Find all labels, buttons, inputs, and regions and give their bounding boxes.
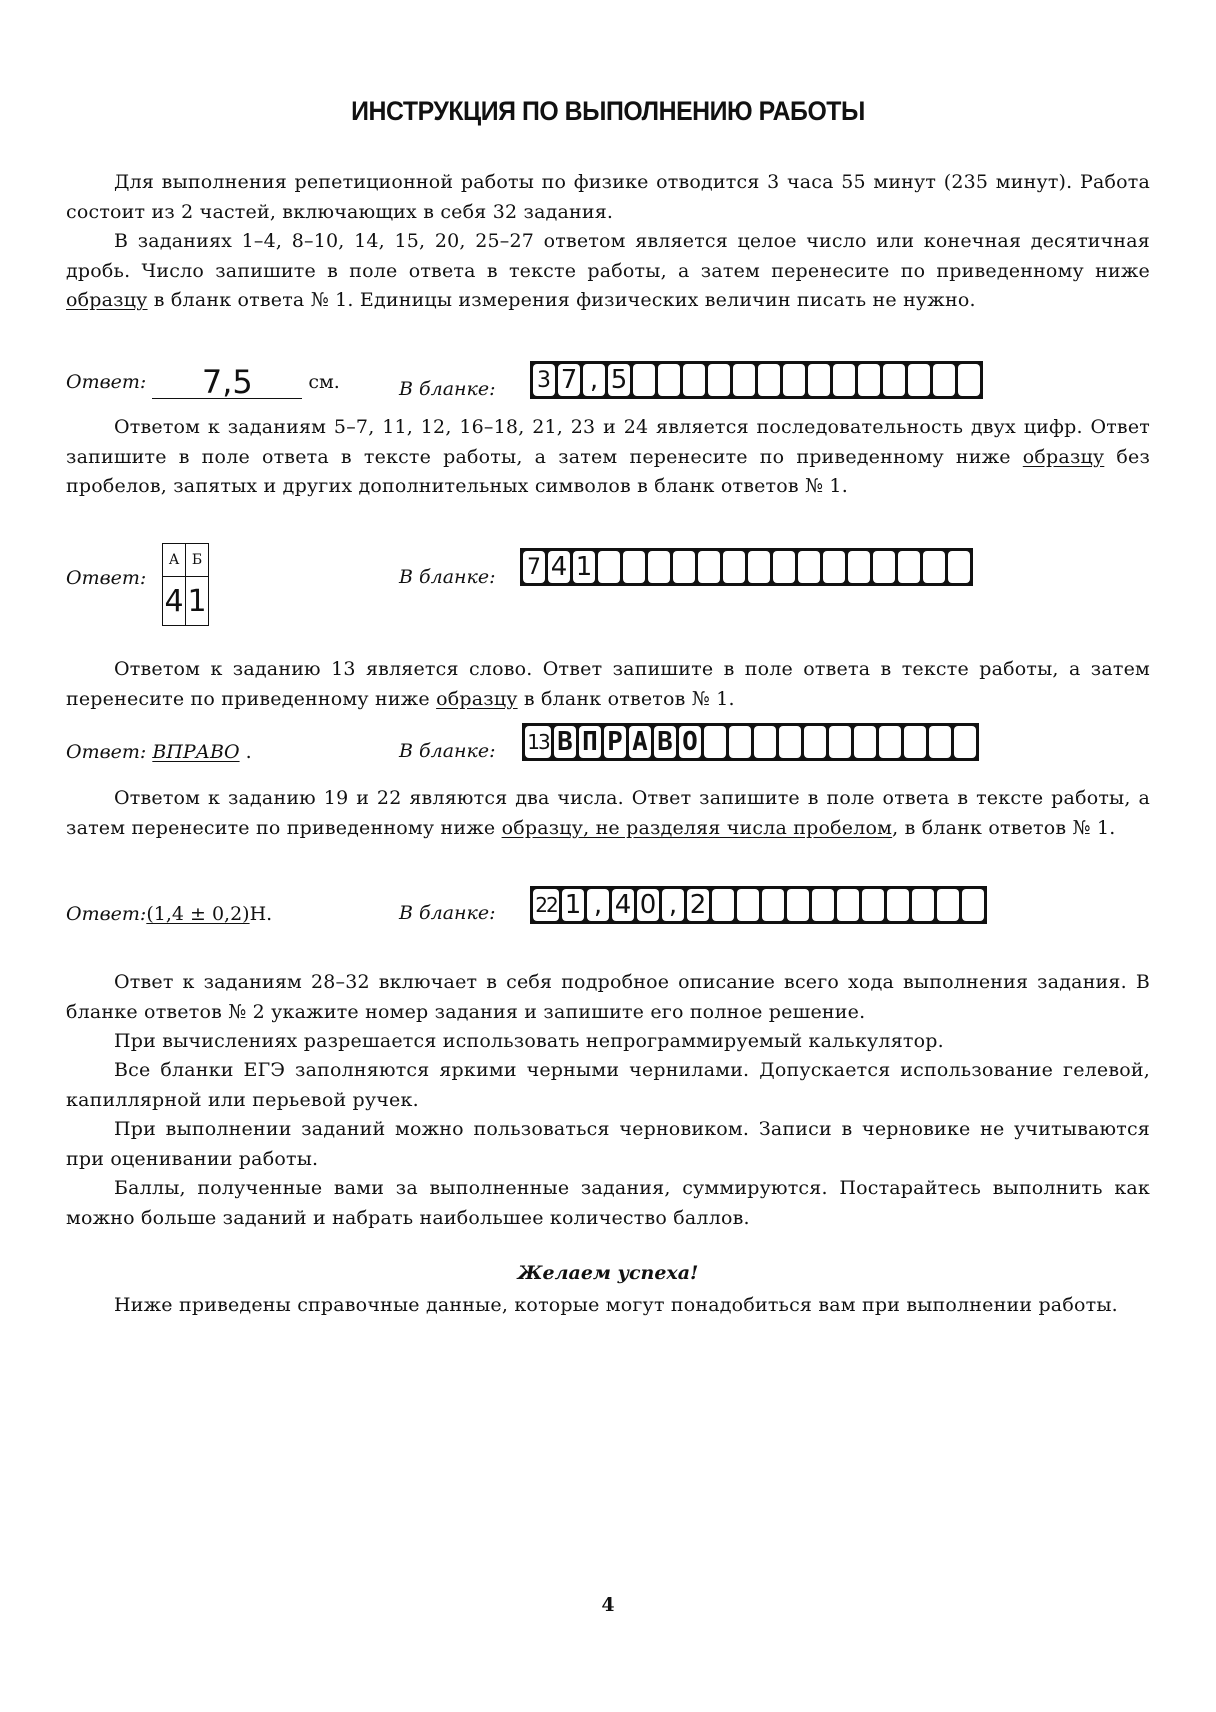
grid-cell <box>623 551 645 583</box>
answer-grid-4: 221,40,2 <box>530 886 987 924</box>
grid-cell <box>729 726 751 758</box>
in-blank-label: В бланке: <box>399 378 496 400</box>
grid-cell: 5 <box>608 364 630 396</box>
sample-link: образцу <box>1023 446 1105 468</box>
grid-cell <box>648 551 670 583</box>
answer-grid-3: 13ВПРАВО <box>522 723 979 761</box>
grid-cell <box>783 364 805 396</box>
text: в бланк ответа № 1. Единицы измерения фи… <box>148 289 976 311</box>
grid-cell <box>873 551 895 583</box>
grid-cell <box>658 364 680 396</box>
grid-cell: А <box>629 726 651 758</box>
grid-cell <box>858 364 880 396</box>
paragraph-scores: Баллы, полученные вами за выполненные за… <box>66 1174 1150 1233</box>
paragraph-sequence-answers: Ответом к заданиям 5–7, 11, 12, 16–18, 2… <box>66 413 1150 502</box>
grid-cell: 1 <box>573 551 595 583</box>
grid-cell <box>962 889 984 921</box>
grid-cell <box>923 551 945 583</box>
grid-cell <box>787 889 809 921</box>
page-title: ИНСТРУКЦИЯ ПО ВЫПОЛНЕНИЮ РАБОТЫ <box>49 96 1168 127</box>
grid-cell: 7 <box>523 551 545 583</box>
good-luck-heading: Желаем успеха! <box>0 1262 1216 1284</box>
text: Ответом к заданиям 5–7, 11, 12, 16–18, 2… <box>66 416 1150 468</box>
grid-cell: В <box>554 726 576 758</box>
in-blank-label: В бланке: <box>399 740 496 762</box>
grid-cell <box>912 889 934 921</box>
grid-cell <box>758 364 780 396</box>
paragraph-duration: Для выполнения репетиционной работы по ф… <box>66 168 1150 227</box>
grid-cell: , <box>662 889 684 921</box>
grid-cell: 2 <box>687 889 709 921</box>
text: в бланк ответов № 1. <box>518 688 735 710</box>
grid-cell <box>883 364 905 396</box>
grid-cell: 22 <box>533 889 559 921</box>
grid-cell <box>704 726 726 758</box>
in-blank-label: В бланке: <box>399 902 496 924</box>
grid-cell <box>833 364 855 396</box>
grid-cell <box>937 889 959 921</box>
grid-cell <box>854 726 876 758</box>
answer-value: 7,5 <box>152 366 302 399</box>
grid-cell: П <box>579 726 601 758</box>
answer-label: Ответ: <box>66 567 146 589</box>
grid-cell <box>762 889 784 921</box>
paragraph-calculator: При вычислениях разрешается использовать… <box>66 1027 1150 1057</box>
answer-value: ВПРАВО <box>152 741 239 763</box>
paragraph-numeric-answers: В заданиях 1–4, 8–10, 14, 15, 20, 25–27 … <box>66 227 1150 316</box>
answer-label: Ответ: <box>66 371 146 393</box>
grid-cell: 4 <box>612 889 634 921</box>
grid-cell <box>812 889 834 921</box>
grid-cell: 13 <box>525 726 551 758</box>
grid-cell: 0 <box>637 889 659 921</box>
grid-cell <box>862 889 884 921</box>
grid-cell <box>898 551 920 583</box>
paragraph-ink: Все бланки ЕГЭ заполняются яркими черным… <box>66 1056 1150 1115</box>
grid-cell: 7 <box>558 364 580 396</box>
instruction-page: ИНСТРУКЦИЯ ПО ВЫПОЛНЕНИЮ РАБОТЫ Для выпо… <box>0 0 1216 1712</box>
grid-cell <box>823 551 845 583</box>
grid-cell: В <box>654 726 676 758</box>
grid-cell <box>808 364 830 396</box>
grid-cell <box>598 551 620 583</box>
grid-cell <box>779 726 801 758</box>
grid-cell <box>698 551 720 583</box>
grid-cell <box>929 726 951 758</box>
column-a-value: 4 <box>163 577 186 626</box>
grid-cell: Р <box>604 726 626 758</box>
paragraph-detailed-answers: Ответ к заданиям 28–32 включает в себя п… <box>66 968 1150 1027</box>
grid-cell <box>733 364 755 396</box>
grid-cell <box>848 551 870 583</box>
page-number: 4 <box>0 1594 1216 1616</box>
text: В заданиях 1–4, 8–10, 14, 15, 20, 25–27 … <box>66 230 1150 282</box>
grid-cell: 4 <box>548 551 570 583</box>
answer-label: Ответ: <box>66 741 146 763</box>
in-blank-label: В бланке: <box>399 566 496 588</box>
example-3-answer: Ответ: ВПРАВО . <box>66 730 252 774</box>
grid-cell <box>633 364 655 396</box>
grid-cell <box>673 551 695 583</box>
example-1-answer: Ответ: 7,5 см. <box>66 360 340 404</box>
grid-cell <box>737 889 759 921</box>
answer-unit: Н. <box>250 903 273 925</box>
text: , в бланк ответов № 1. <box>892 817 1115 839</box>
answer-label: Ответ: <box>66 903 146 925</box>
text: . <box>240 741 252 763</box>
grid-cell: 1 <box>562 889 584 921</box>
answer-unit: см. <box>308 371 339 393</box>
grid-cell <box>712 889 734 921</box>
grid-cell <box>958 364 980 396</box>
grid-cell: 3 <box>533 364 555 396</box>
grid-cell <box>933 364 955 396</box>
grid-cell <box>948 551 970 583</box>
paragraph-word-answer: Ответом к заданию 13 является слово. Отв… <box>66 655 1150 714</box>
answer-grid-2: 741 <box>520 548 973 586</box>
grid-cell: , <box>583 364 605 396</box>
sample-link: образцу, не разделяя числа пробелом <box>502 817 893 839</box>
grid-cell <box>773 551 795 583</box>
grid-cell <box>708 364 730 396</box>
grid-cell <box>904 726 926 758</box>
column-b-header: Б <box>186 544 209 577</box>
example-2-answer: Ответ: <box>66 556 146 600</box>
grid-cell <box>908 364 930 396</box>
paragraph-two-numbers: Ответом к заданию 19 и 22 являются два ч… <box>66 784 1150 843</box>
grid-cell <box>954 726 976 758</box>
answer-grid-1: 37,5 <box>530 361 983 399</box>
grid-cell <box>837 889 859 921</box>
grid-cell <box>683 364 705 396</box>
example-4-answer: Ответ: (1,4 ± 0,2) Н. <box>66 892 272 936</box>
grid-cell <box>879 726 901 758</box>
grid-cell <box>804 726 826 758</box>
grid-cell <box>748 551 770 583</box>
grid-cell: , <box>587 889 609 921</box>
grid-cell <box>887 889 909 921</box>
paragraph-reference-data: Ниже приведены справочные данные, которы… <box>66 1291 1150 1321</box>
column-b-value: 1 <box>186 577 209 626</box>
answer-value: (1,4 ± 0,2) <box>146 903 249 925</box>
grid-cell <box>798 551 820 583</box>
sample-link: образцу <box>66 289 148 311</box>
grid-cell <box>754 726 776 758</box>
column-a-header: А <box>163 544 186 577</box>
paragraph-draft: При выполнении заданий можно пользоватьс… <box>66 1115 1150 1174</box>
grid-cell <box>723 551 745 583</box>
grid-cell <box>829 726 851 758</box>
grid-cell: О <box>679 726 701 758</box>
answer-ab-table: АБ 41 <box>162 543 209 626</box>
sample-link: образцу <box>436 688 518 710</box>
